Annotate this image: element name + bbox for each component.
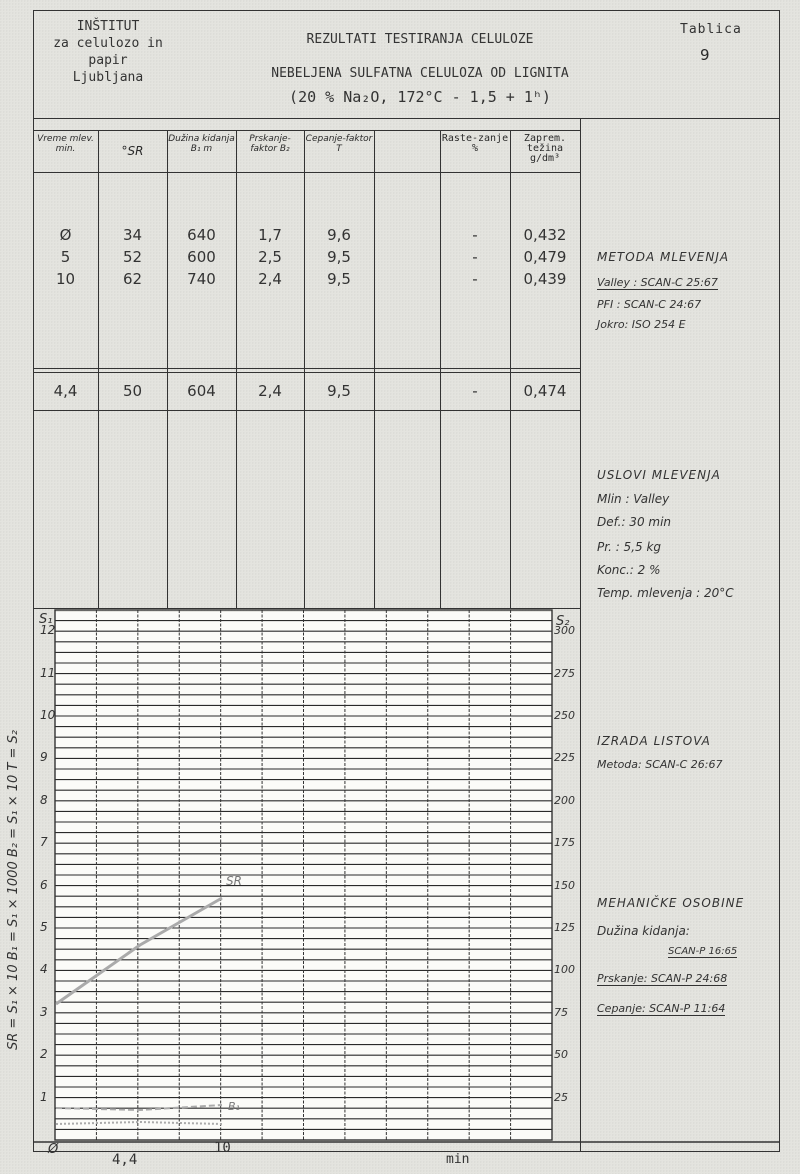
mech-breaking-length-std: SCAN-P 16:65 [668, 946, 737, 958]
y-left-tick: 1 [40, 1090, 48, 1104]
y-left-tick: 7 [40, 835, 48, 849]
y-left-tick: 10 [40, 708, 55, 722]
y-right-tick: 125 [554, 921, 575, 934]
y-left-tick: 8 [40, 793, 48, 807]
y-left-tick: 9 [40, 750, 48, 764]
x-tick-10: 10 [214, 1140, 231, 1156]
grinding-method-valley: Valley : SCAN-C 25:67 [597, 276, 718, 290]
y-right-tick: 50 [554, 1048, 568, 1061]
y-right-tick: 200 [554, 794, 575, 807]
condition-temperature: Temp. mlevenja : 20°C [597, 586, 734, 600]
x-axis-label: min [446, 1152, 469, 1167]
mech-breaking-length: Dužina kidanja: [597, 924, 690, 938]
axis-formula: SR = S₁ × 10 B₁ = S₁ × 1000 B₂ = S₁ × 10… [6, 730, 21, 1050]
grinding-method-pfi: PFI : SCAN-C 24:67 [597, 298, 701, 311]
y-left-tick: 3 [40, 1005, 48, 1019]
x-tick-0: Ø [48, 1142, 58, 1157]
y-right-tick: 250 [554, 709, 575, 722]
y-right-tick: 25 [554, 1091, 568, 1104]
y-left-tick: 5 [40, 920, 48, 934]
condition-pressure: Pr. : 5,5 kg [597, 540, 661, 554]
mech-tear-std: Cepanje: SCAN-P 11:64 [597, 1002, 725, 1016]
y-left-tick: 12 [40, 623, 55, 637]
y-left-tick: 2 [40, 1047, 48, 1061]
y-left-tick: 11 [40, 666, 55, 680]
y-right-tick: 300 [554, 624, 575, 637]
y-left-tick: 6 [40, 878, 48, 892]
b1-curve [56, 1105, 222, 1110]
condition-def: Def.: 30 min [597, 515, 671, 529]
grinding-conditions-title: USLOVI MLEVENJA [597, 468, 721, 482]
grinding-method-jokro: Jokro: ISO 254 E [597, 318, 686, 331]
y-right-tick: 75 [554, 1006, 568, 1019]
x-tick-4-4: 4,4 [112, 1152, 137, 1168]
y-right-tick: 175 [554, 836, 575, 849]
sheet-making-method: Metoda: SCAN-C 26:67 [597, 758, 723, 771]
b2-curve [56, 1122, 222, 1124]
y-right-tick: 100 [554, 963, 575, 976]
y-right-tick: 225 [554, 751, 575, 764]
sheet-making-title: IZRADA LISTOVA [597, 734, 711, 748]
sr-curve [56, 898, 222, 1004]
grinding-method-title: METODA MLEVENJA [597, 250, 729, 264]
y-right-tick: 150 [554, 879, 575, 892]
y-left-tick: 4 [40, 962, 48, 976]
condition-mill: Mlin : Valley [597, 492, 669, 506]
sr-curve-label: SR [226, 874, 242, 888]
condition-consistency: Konc.: 2 % [597, 563, 661, 577]
y-right-tick: 275 [554, 667, 575, 680]
mechanical-properties-title: MEHANIČKE OSOBINE [597, 896, 744, 910]
mech-burst-std: Prskanje: SCAN-P 24:68 [597, 972, 727, 986]
b1-curve-label: B₁ [228, 1100, 240, 1113]
